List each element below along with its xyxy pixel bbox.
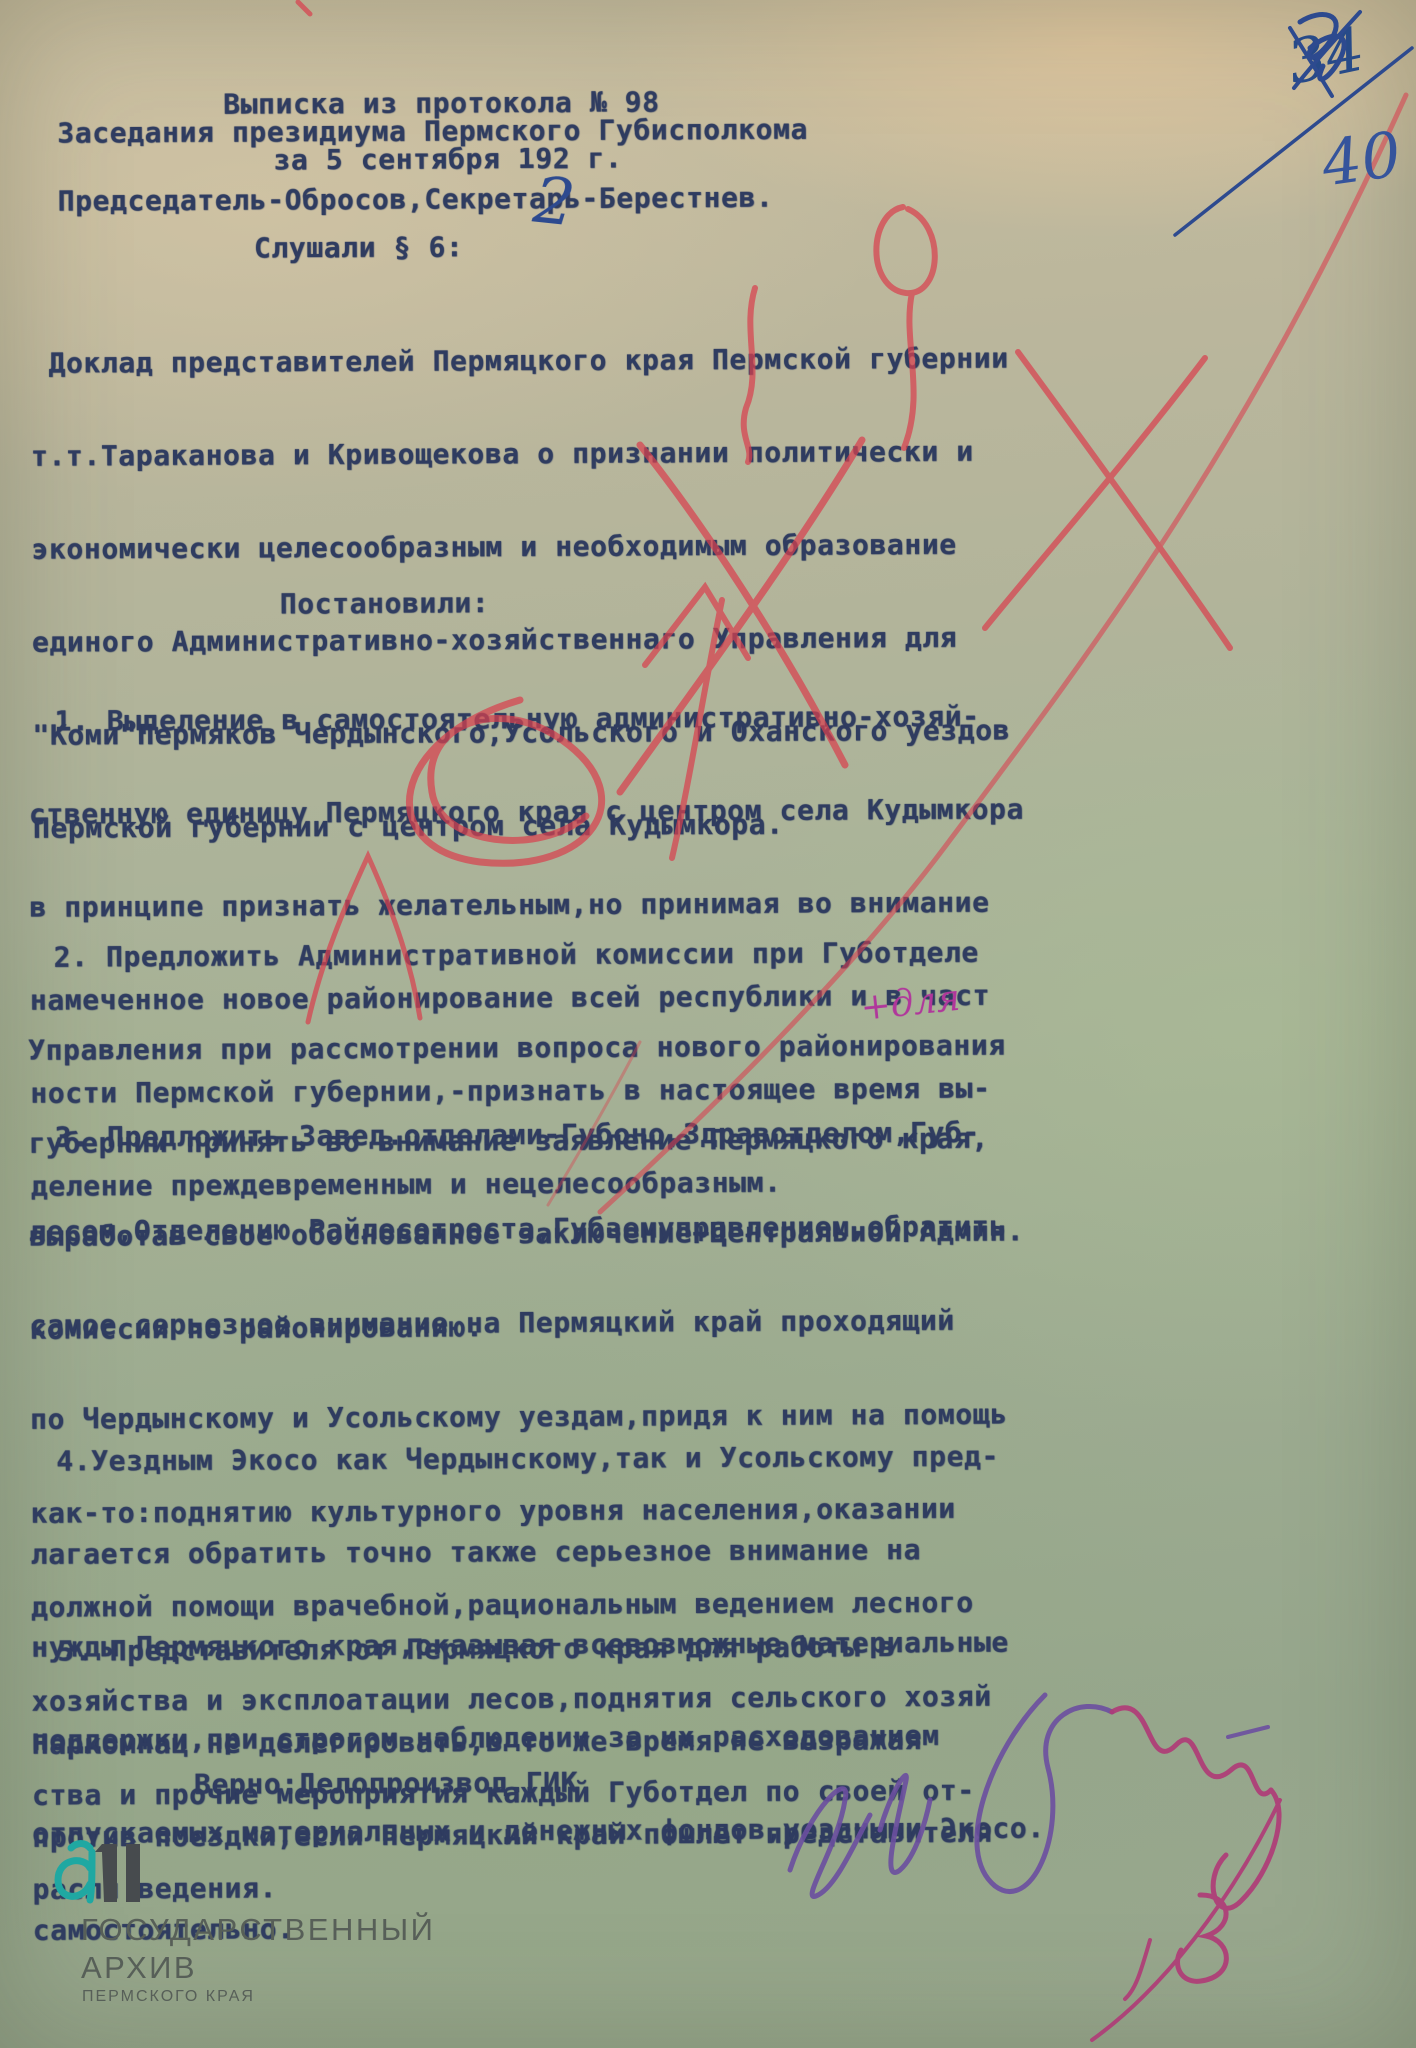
archive-name-line3: ПЕРМСКОГО КРАЯ: [82, 1988, 255, 2006]
document-date-suffix: г.: [587, 142, 622, 173]
typewritten-line: лесом,Отделению Райлесотреста,Губземупра…: [29, 1210, 1007, 1247]
typewritten-line: самое серьезное внимание на Пермяцкий кр…: [29, 1304, 1007, 1341]
typewritten-line: 5. Представителя от Пермяцкого края для …: [31, 1631, 991, 1667]
certification-line: Верно:Делопроизвод.ГИК: [194, 1767, 578, 1800]
typewritten-line: лагается обратить точно также серьезное …: [31, 1533, 1044, 1569]
typewritten-line: Доклад представителей Пермяцкого края Пе…: [30, 342, 1008, 378]
typewritten-line: 2. Предложить Административной комиссии …: [28, 936, 1023, 972]
document-date-prefix: за 5 сентября 192: [273, 143, 570, 176]
resolved-heading: Постановили:: [280, 587, 490, 619]
logo-teal-letter: [58, 1844, 92, 1901]
scanned-document-page: Выписка из протокола № 98 Заседания през…: [0, 0, 1416, 2048]
typewritten-line: ственную единицу Пермяцкого края с центр…: [29, 793, 1024, 829]
logo-dark-bars: [95, 1844, 140, 1902]
archive-logo-mark: [40, 1838, 180, 1908]
typewritten-line: т.т.Тараканова и Кривощекова о признании…: [31, 435, 1009, 471]
typewritten-line: 4.Уездным Экосо как Чердынскому,так и Ус…: [30, 1440, 1043, 1476]
typewritten-line: экономически целесообразным и необходимы…: [31, 528, 1009, 564]
archive-name-line1: ГОСУДАРСТВЕННЫЙ: [81, 1912, 435, 1948]
typewritten-line: 3. Предложить Завед.отделами-Губоно,Здра…: [29, 1116, 1007, 1153]
heard-heading: Слушали § 6:: [254, 231, 464, 263]
officials-line: Председатель-Обросов,Секретарь-Берестнев…: [58, 182, 774, 217]
archive-name-line2: АРХИВ: [81, 1950, 197, 1986]
typewritten-line: Наркомнац не делегировать,в то же время …: [32, 1724, 992, 1760]
typewritten-line: 1. Выделение в самостоятельную администр…: [28, 700, 1023, 736]
typewritten-text-layer: Выписка из протокола № 98 Заседания през…: [0, 0, 1416, 2048]
